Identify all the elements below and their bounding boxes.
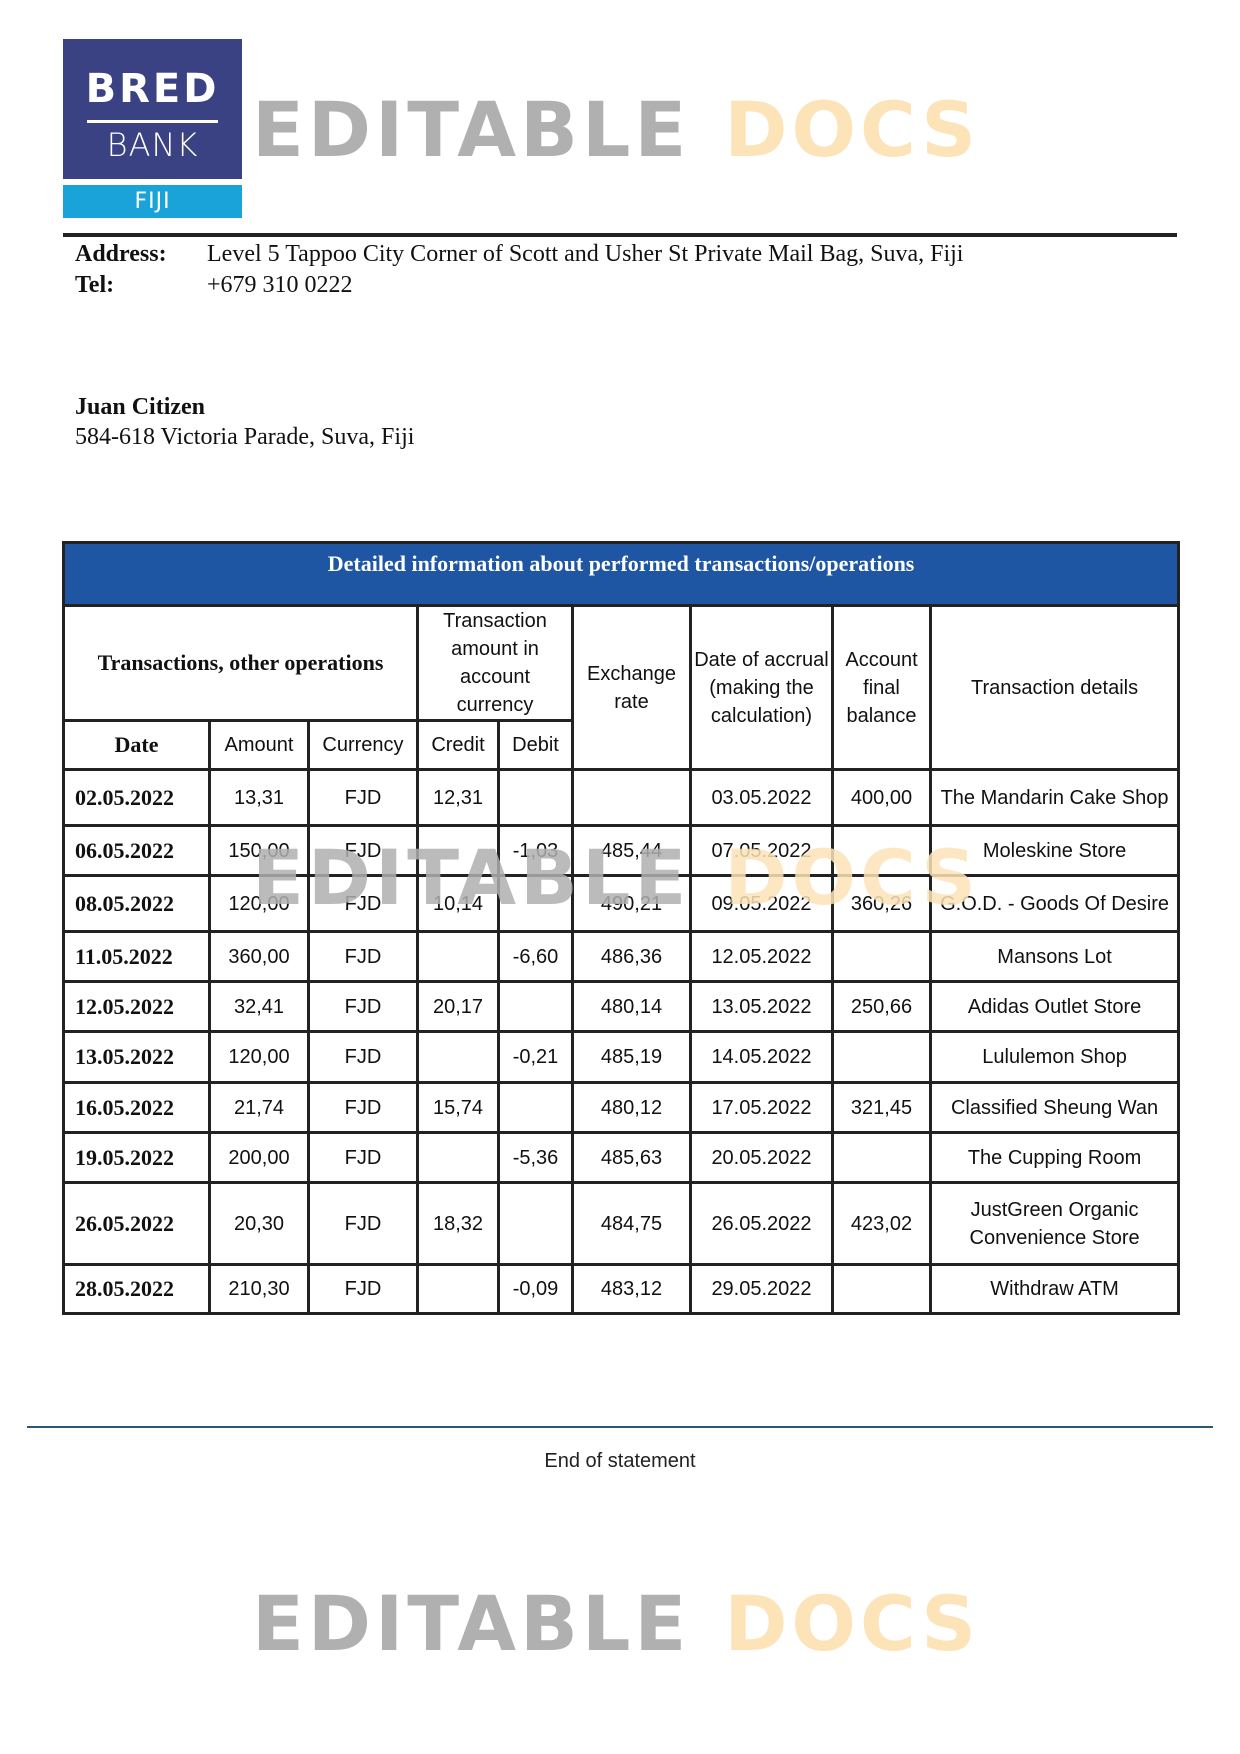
cell-currency: FJD	[309, 770, 418, 826]
footer-rule	[27, 1426, 1213, 1428]
cell-credit: 15,74	[418, 1083, 499, 1133]
cell-exchange-rate: 483,12	[573, 1265, 691, 1314]
cell-debit	[499, 876, 573, 932]
logo-fiji-band: FIJI	[63, 185, 242, 218]
cell-currency: FJD	[309, 1183, 418, 1265]
watermark-editable: EDITABLE	[252, 1579, 690, 1668]
address-row: Address: Level 5 Tappoo City Corner of S…	[75, 239, 963, 270]
cell-currency: FJD	[309, 1083, 418, 1133]
cell-debit	[499, 1183, 573, 1265]
logo-bred-text: BRED	[63, 69, 242, 109]
cell-accrual-date: 07.05.2022	[691, 826, 833, 876]
cell-credit: 20,17	[418, 982, 499, 1032]
header-currency: Currency	[309, 721, 418, 770]
cell-accrual-date: 03.05.2022	[691, 770, 833, 826]
header-date-accrual: Date of accrual (making the calculation)	[691, 606, 833, 770]
logo-bank-text: BANK	[63, 127, 242, 163]
transactions-table: Detailed information about performed tra…	[62, 541, 1180, 1315]
recipient-block: Juan Citizen 584-618 Victoria Parade, Su…	[75, 392, 414, 452]
cell-credit: 10,14	[418, 876, 499, 932]
cell-final-balance: 400,00	[833, 770, 931, 826]
logo-divider	[87, 120, 218, 123]
cell-final-balance: 250,66	[833, 982, 931, 1032]
table-row: 08.05.2022120,00FJD10,14490,2109.05.2022…	[64, 876, 1179, 932]
bank-logo: BRED BANK FIJI	[63, 39, 242, 218]
recipient-address: 584-618 Victoria Parade, Suva, Fiji	[75, 422, 414, 452]
cell-accrual-date: 12.05.2022	[691, 932, 833, 982]
cell-debit: -1,03	[499, 826, 573, 876]
cell-accrual-date: 20.05.2022	[691, 1133, 833, 1183]
watermark-docs: DOCS	[724, 1579, 980, 1668]
header-debit: Debit	[499, 721, 573, 770]
cell-accrual-date: 29.05.2022	[691, 1265, 833, 1314]
address-label: Address:	[75, 239, 207, 270]
cell-debit: -6,60	[499, 932, 573, 982]
cell-details: The Cupping Room	[931, 1133, 1179, 1183]
cell-exchange-rate: 485,19	[573, 1032, 691, 1083]
cell-debit: -0,21	[499, 1032, 573, 1083]
cell-amount: 360,00	[210, 932, 309, 982]
cell-debit	[499, 770, 573, 826]
cell-debit	[499, 1083, 573, 1133]
bank-contact: Address: Level 5 Tappoo City Corner of S…	[75, 239, 963, 301]
cell-exchange-rate	[573, 770, 691, 826]
cell-accrual-date: 09.05.2022	[691, 876, 833, 932]
cell-final-balance	[833, 1133, 931, 1183]
cell-final-balance	[833, 826, 931, 876]
cell-final-balance: 423,02	[833, 1183, 931, 1265]
cell-debit: -0,09	[499, 1265, 573, 1314]
header-amount: Amount	[210, 721, 309, 770]
cell-date: 02.05.2022	[64, 770, 210, 826]
cell-credit	[418, 1032, 499, 1083]
cell-details: Withdraw ATM	[931, 1265, 1179, 1314]
cell-exchange-rate: 485,44	[573, 826, 691, 876]
header-details: Transaction details	[931, 606, 1179, 770]
cell-date: 16.05.2022	[64, 1083, 210, 1133]
end-of-statement: End of statement	[0, 1450, 1240, 1473]
cell-details: Mansons Lot	[931, 932, 1179, 982]
cell-date: 08.05.2022	[64, 876, 210, 932]
table-title: Detailed information about performed tra…	[64, 543, 1179, 606]
cell-details: Adidas Outlet Store	[931, 982, 1179, 1032]
header-rule	[63, 233, 1177, 237]
table-row: 13.05.2022120,00FJD-0,21485,1914.05.2022…	[64, 1032, 1179, 1083]
cell-amount: 21,74	[210, 1083, 309, 1133]
table-row: 06.05.2022150,00FJD-1,03485,4407.05.2022…	[64, 826, 1179, 876]
cell-currency: FJD	[309, 1032, 418, 1083]
header-date: Date	[64, 721, 210, 770]
cell-amount: 210,30	[210, 1265, 309, 1314]
cell-amount: 120,00	[210, 876, 309, 932]
cell-currency: FJD	[309, 1133, 418, 1183]
cell-currency: FJD	[309, 876, 418, 932]
cell-accrual-date: 13.05.2022	[691, 982, 833, 1032]
header-final-balance: Account final balance	[833, 606, 931, 770]
tel-row: Tel: +679 310 0222	[75, 270, 963, 301]
cell-final-balance	[833, 932, 931, 982]
header-amount-group: Transaction amount in account currency	[418, 606, 573, 721]
cell-credit	[418, 1133, 499, 1183]
cell-currency: FJD	[309, 1265, 418, 1314]
cell-details: Classified Sheung Wan	[931, 1083, 1179, 1133]
cell-currency: FJD	[309, 982, 418, 1032]
watermark-top: EDITABLEDOCS	[252, 100, 992, 160]
cell-date: 26.05.2022	[64, 1183, 210, 1265]
cell-details: Moleskine Store	[931, 826, 1179, 876]
cell-date: 12.05.2022	[64, 982, 210, 1032]
cell-exchange-rate: 486,36	[573, 932, 691, 982]
cell-amount: 20,30	[210, 1183, 309, 1265]
watermark-docs: DOCS	[724, 85, 980, 174]
cell-details: JustGreen Organic Convenience Store	[931, 1183, 1179, 1265]
cell-accrual-date: 26.05.2022	[691, 1183, 833, 1265]
address-value: Level 5 Tappoo City Corner of Scott and …	[207, 239, 963, 270]
cell-details: G.O.D. - Goods Of Desire	[931, 876, 1179, 932]
cell-exchange-rate: 490,21	[573, 876, 691, 932]
cell-final-balance	[833, 1265, 931, 1314]
cell-currency: FJD	[309, 932, 418, 982]
cell-debit	[499, 982, 573, 1032]
cell-exchange-rate: 484,75	[573, 1183, 691, 1265]
cell-final-balance	[833, 1032, 931, 1083]
cell-credit: 12,31	[418, 770, 499, 826]
table-row: 16.05.202221,74FJD15,74480,1217.05.20223…	[64, 1083, 1179, 1133]
cell-date: 11.05.2022	[64, 932, 210, 982]
cell-exchange-rate: 480,12	[573, 1083, 691, 1133]
cell-amount: 120,00	[210, 1032, 309, 1083]
cell-accrual-date: 17.05.2022	[691, 1083, 833, 1133]
cell-date: 19.05.2022	[64, 1133, 210, 1183]
cell-final-balance: 321,45	[833, 1083, 931, 1133]
cell-details: Lululemon Shop	[931, 1032, 1179, 1083]
cell-details: The Mandarin Cake Shop	[931, 770, 1179, 826]
tel-label: Tel:	[75, 270, 207, 301]
table-row: 19.05.2022200,00FJD-5,36485,6320.05.2022…	[64, 1133, 1179, 1183]
watermark-bottom: EDITABLEDOCS	[252, 1594, 992, 1654]
cell-amount: 13,31	[210, 770, 309, 826]
cell-currency: FJD	[309, 826, 418, 876]
header-credit: Credit	[418, 721, 499, 770]
cell-amount: 32,41	[210, 982, 309, 1032]
cell-date: 28.05.2022	[64, 1265, 210, 1314]
cell-amount: 200,00	[210, 1133, 309, 1183]
cell-accrual-date: 14.05.2022	[691, 1032, 833, 1083]
cell-amount: 150,00	[210, 826, 309, 876]
table-row: 12.05.202232,41FJD20,17480,1413.05.20222…	[64, 982, 1179, 1032]
table-row: 02.05.202213,31FJD12,3103.05.2022400,00T…	[64, 770, 1179, 826]
cell-credit	[418, 1265, 499, 1314]
table-row: 26.05.202220,30FJD18,32484,7526.05.20224…	[64, 1183, 1179, 1265]
cell-credit: 18,32	[418, 1183, 499, 1265]
recipient-name: Juan Citizen	[75, 392, 414, 422]
watermark-editable: EDITABLE	[252, 85, 690, 174]
table-row: 28.05.2022210,30FJD-0,09483,1229.05.2022…	[64, 1265, 1179, 1314]
table-row: 11.05.2022360,00FJD-6,60486,3612.05.2022…	[64, 932, 1179, 982]
cell-credit	[418, 932, 499, 982]
cell-debit: -5,36	[499, 1133, 573, 1183]
tel-value: +679 310 0222	[207, 270, 353, 301]
cell-exchange-rate: 485,63	[573, 1133, 691, 1183]
header-exchange-rate: Exchange rate	[573, 606, 691, 770]
header-transactions-group: Transactions, other operations	[64, 606, 418, 721]
cell-final-balance: 360,26	[833, 876, 931, 932]
cell-credit	[418, 826, 499, 876]
cell-date: 13.05.2022	[64, 1032, 210, 1083]
cell-exchange-rate: 480,14	[573, 982, 691, 1032]
cell-date: 06.05.2022	[64, 826, 210, 876]
